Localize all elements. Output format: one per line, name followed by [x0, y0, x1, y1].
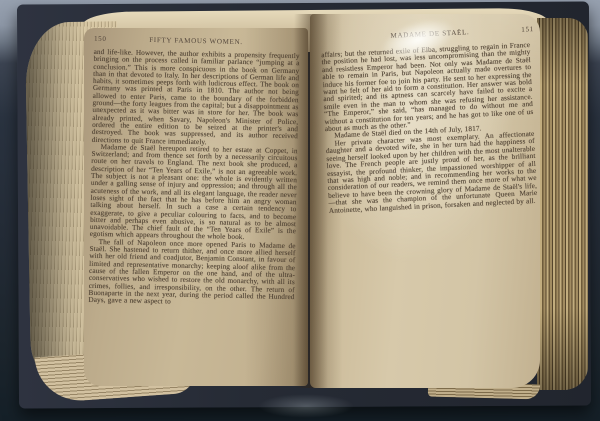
right-page-text: affairs; but the returned exile of Elba,… — [321, 42, 538, 215]
paragraph: Madame de Staël hereupon retired to her … — [90, 144, 298, 243]
right-page-number: 151 — [521, 25, 534, 34]
left-page-number: 150 — [94, 35, 107, 43]
paragraph: and life-like. However, the author exhib… — [92, 49, 300, 148]
left-page-text: and life-like. However, the author exhib… — [88, 49, 299, 309]
paragraph: affairs; but the returned exile of Elba,… — [321, 42, 534, 134]
right-fore-edge — [537, 18, 588, 390]
paragraph: Her private character was most exemplary… — [325, 131, 537, 215]
paragraph: The fall of Napoleon once more opened Pa… — [88, 239, 295, 309]
surface-reflection — [258, 394, 354, 418]
book-photo: 150 FIFTY FAMOUS WOMEN. MADAME DE STAËL.… — [0, 0, 600, 421]
